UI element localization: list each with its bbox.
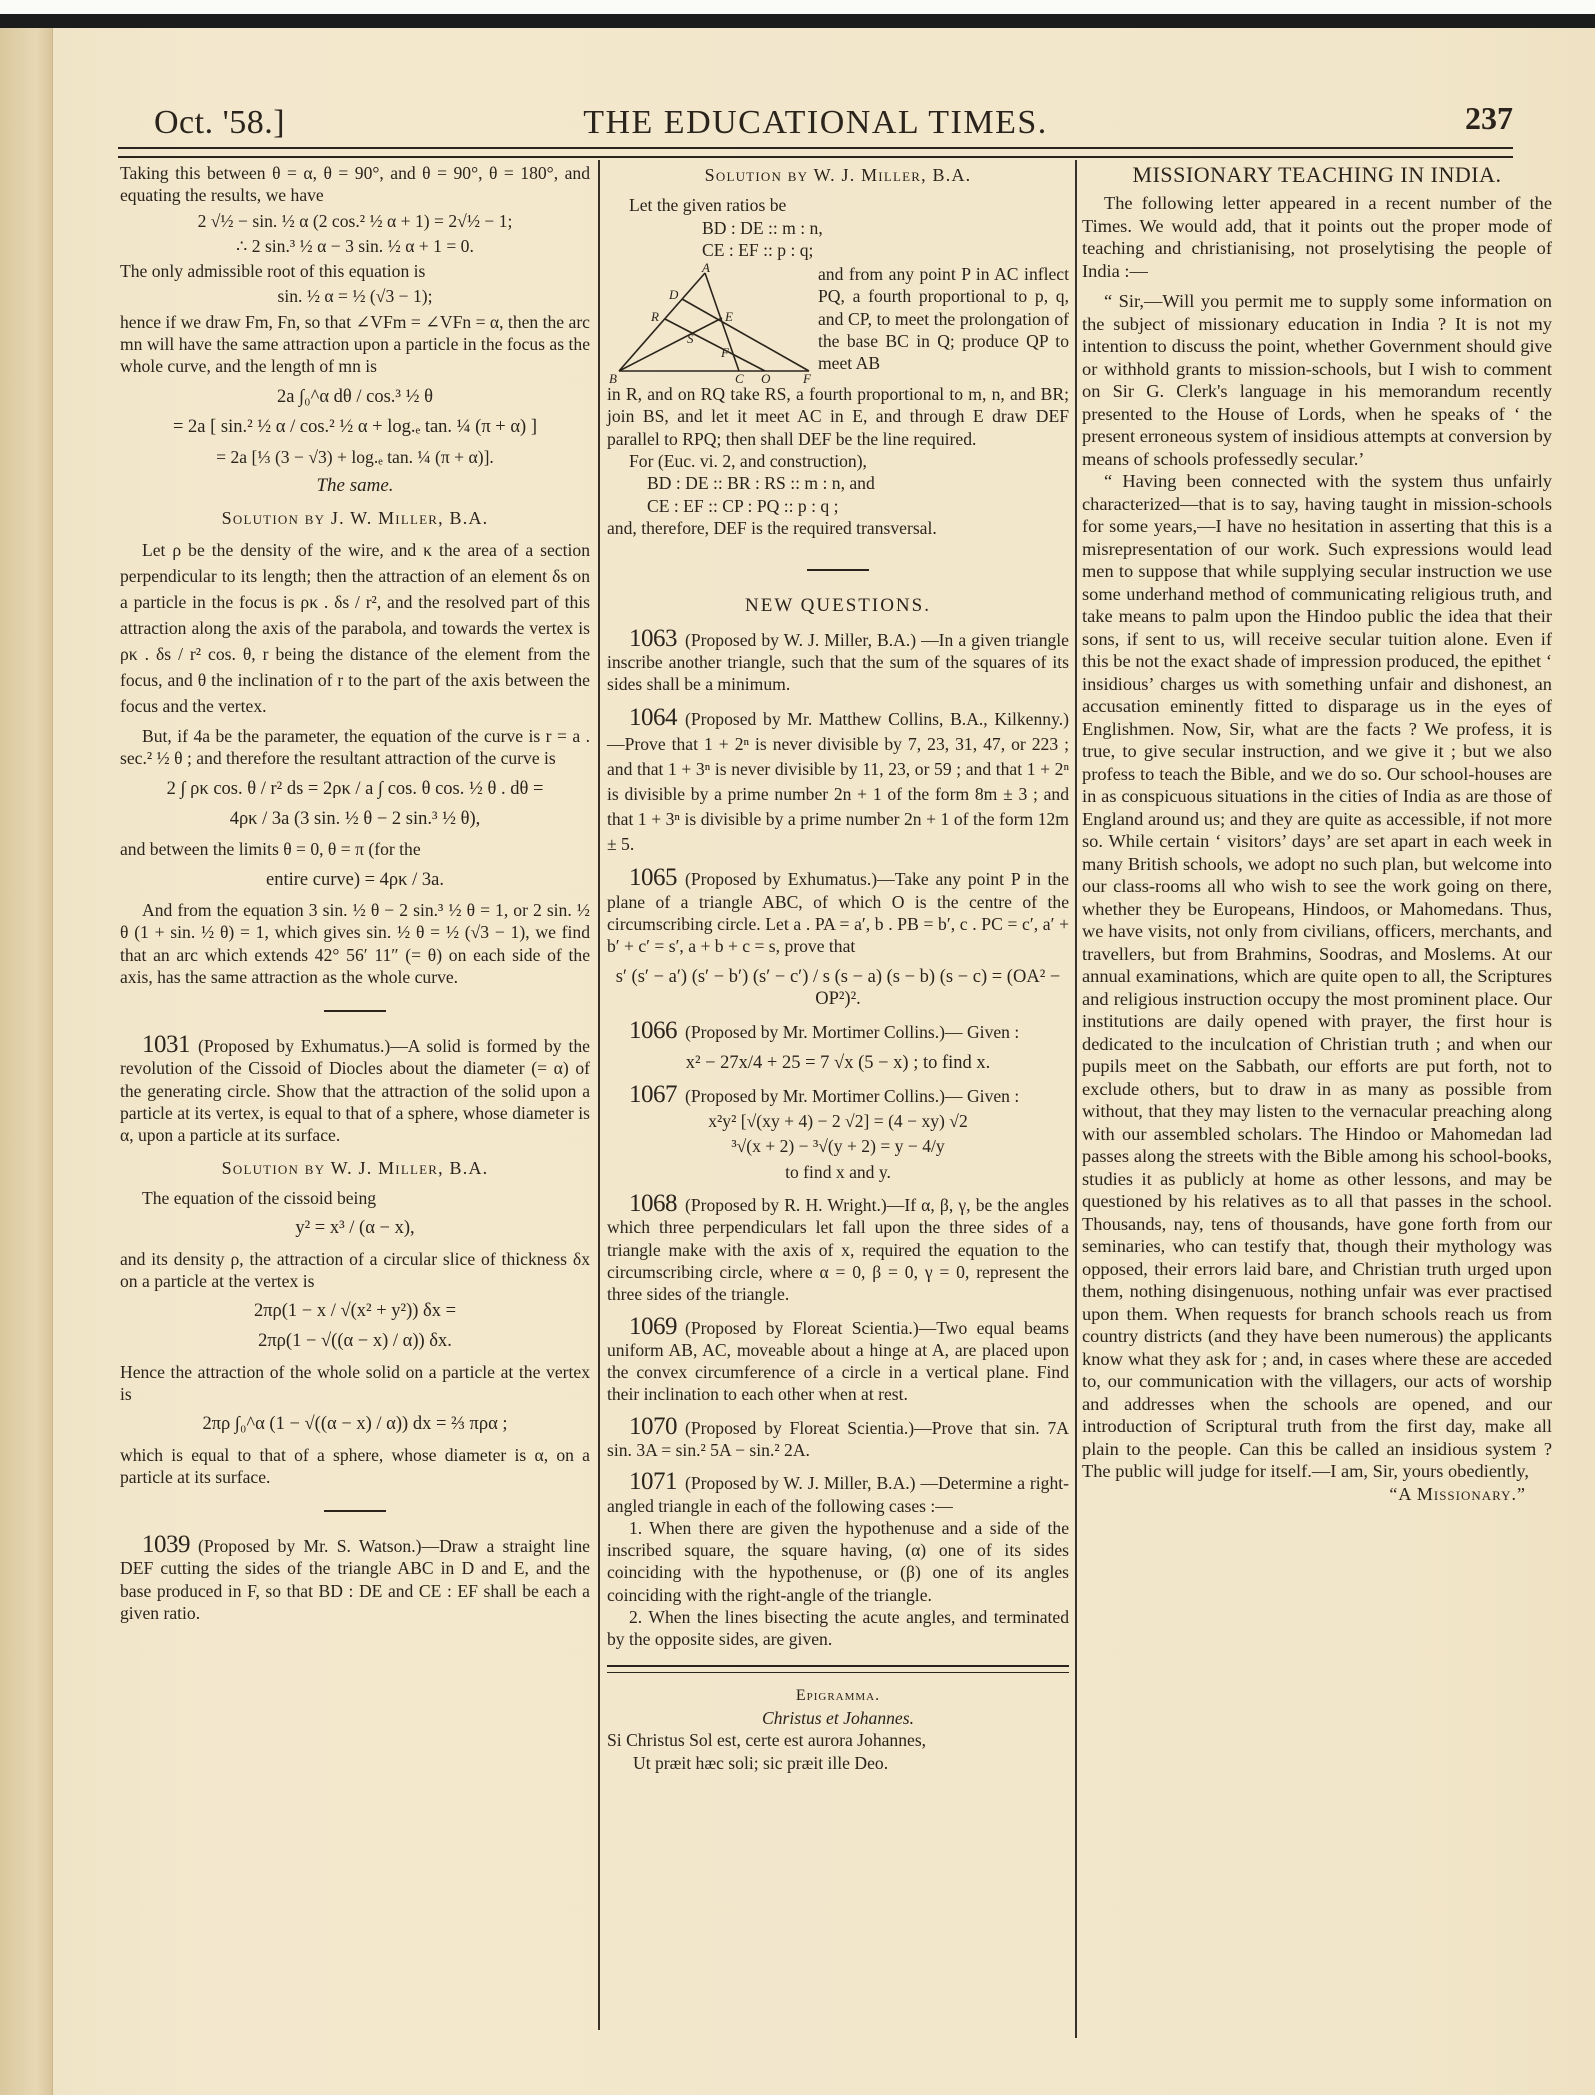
svg-text:R: R <box>650 309 659 324</box>
equation: s′ (s′ − a′) (s′ − b′) (s′ − c′) / s (s … <box>607 966 1069 1011</box>
paragraph: Let the given ratios be <box>607 194 1069 216</box>
question-1068: 1068(Proposed by R. H. Wright.)—If α, β,… <box>607 1193 1069 1305</box>
paragraph: Let ρ be the density of the wire, and κ … <box>120 537 590 719</box>
equation: x² − 27x/4 + 25 = 7 √x (5 − x) ; to find… <box>607 1052 1069 1074</box>
question-1031: 1031(Proposed by Exhumatus.)—A solid is … <box>120 1034 590 1146</box>
case-item: 1. When there are given the hypothenuse … <box>607 1517 1069 1606</box>
paragraph: hence if we draw Fm, Fn, so that ∠VFm = … <box>120 311 590 378</box>
left-column: Taking this between θ = α, θ = 90°, and … <box>120 162 590 1624</box>
running-head: Oct. '58.] THE EDUCATIONAL TIMES. 237 <box>118 98 1513 148</box>
column-divider <box>598 160 600 2030</box>
svg-text:B: B <box>609 371 617 383</box>
epigram-divider <box>607 1665 1069 1673</box>
section-divider <box>807 569 869 571</box>
equation: 2 √½ − sin. ½ α (2 cos.² ½ α + 1) = 2√½ … <box>120 210 590 232</box>
letter-paragraph: “ Sir,—Will you permit me to supply some… <box>1082 290 1552 470</box>
equation: y² = x³ / (α − x), <box>120 1217 590 1239</box>
solution-heading: Solution by W. J. Miller, B.A. <box>120 1157 590 1179</box>
paragraph: and from any point P in AC inflect PQ, a… <box>818 263 1069 374</box>
question-1071: 1071(Proposed by W. J. Miller, B.A.) —De… <box>607 1471 1069 1517</box>
new-questions-heading: NEW QUESTIONS. <box>607 595 1069 617</box>
triangle-diagram: A D R E S F B C Q F <box>607 263 812 383</box>
question-number: 1031 <box>142 1031 190 1058</box>
svg-text:A: A <box>701 263 710 275</box>
epigram-line: Ut præit hæc soli; sic præit ille Deo. <box>607 1752 1069 1774</box>
middle-column: Solution by W. J. Miller, B.A. Let the g… <box>607 162 1069 1774</box>
letter-signature: “A Missionary.” <box>1082 1483 1552 1505</box>
svg-text:Q: Q <box>761 371 771 383</box>
paragraph: and between the limits θ = 0, θ = π (for… <box>120 838 590 860</box>
svg-text:D: D <box>668 287 679 302</box>
scan-top-margin <box>0 0 1595 14</box>
solution-heading: Solution by J. W. Miller, B.A. <box>120 507 590 529</box>
page-gutter <box>0 28 53 2095</box>
question-text: (Proposed by Exhumatus.)—A solid is form… <box>120 1036 590 1145</box>
epigram-title: Epigramma. <box>607 1685 1069 1707</box>
paragraph: The equation of the cissoid being <box>120 1187 590 1209</box>
svg-text:F: F <box>802 371 812 383</box>
svg-text:C: C <box>735 371 744 383</box>
question-1065: 1065(Proposed by Exhumatus.)—Take any po… <box>607 867 1069 957</box>
svg-text:S: S <box>687 331 694 346</box>
paragraph: And from the equation 3 sin. ½ θ − 2 sin… <box>120 899 590 988</box>
page-number: 237 <box>1465 100 1513 137</box>
question-1067: 1067(Proposed by Mr. Mortimer Collins.)—… <box>607 1084 1069 1107</box>
section-divider <box>324 1010 386 1012</box>
equation: 2 ∫ ρκ cos. θ / r² ds = 2ρκ / a ∫ cos. θ… <box>120 778 590 800</box>
paragraph: For (Euc. vi. 2, and construction), <box>607 450 1069 472</box>
paragraph: in R, and on RQ take RS, a fourth propor… <box>607 383 1069 450</box>
question-number: 1068 <box>629 1190 677 1217</box>
paragraph: Taking this between θ = α, θ = 90°, and … <box>120 162 590 207</box>
case-item: 2. When the lines bisecting the acute an… <box>607 1606 1069 1651</box>
header-double-rule <box>118 147 1513 158</box>
ratio: BD : DE :: m : n, <box>607 217 1069 239</box>
equation: sin. ½ α = ½ (√3 − 1); <box>120 285 590 307</box>
paragraph: and, therefore, DEF is the required tran… <box>607 517 1069 539</box>
question-number: 1067 <box>629 1081 677 1108</box>
article-title: MISSIONARY TEACHING IN INDIA. <box>1082 162 1552 188</box>
question-number: 1039 <box>142 1531 190 1558</box>
equation: 4ρκ / 3a (3 sin. ½ θ − 2 sin.³ ½ θ), <box>120 808 590 830</box>
question-number: 1069 <box>629 1313 677 1340</box>
question-number: 1070 <box>629 1413 677 1440</box>
letter-paragraph: “ Having been connected with the system … <box>1082 470 1552 1483</box>
equation: 2πρ(1 − x / √(x² + y²)) δx = <box>120 1300 590 1322</box>
right-column: MISSIONARY TEACHING IN INDIA. The follow… <box>1082 162 1552 1505</box>
question-1039: 1039(Proposed by Mr. S. Watson.)—Draw a … <box>120 1534 590 1624</box>
equation: ∴ 2 sin.³ ½ α − 3 sin. ½ α + 1 = 0. <box>120 235 590 257</box>
section-divider <box>324 1510 386 1512</box>
equation: 2πρ ∫₀^α (1 − √((α − x) / α)) dx = ⅔ πρα… <box>120 1413 590 1435</box>
paragraph: But, if 4a be the parameter, the equatio… <box>120 725 590 770</box>
equation: 2a ∫₀^α dθ / cos.³ ½ θ <box>120 386 590 408</box>
epigram-subtitle: Christus et Johannes. <box>607 1707 1069 1729</box>
question-1069: 1069(Proposed by Floreat Scientia.)—Two … <box>607 1316 1069 1406</box>
question-number: 1065 <box>629 864 677 891</box>
question-1063: 1063(Proposed by W. J. Miller, B.A.) —In… <box>607 628 1069 696</box>
binding-edge <box>0 14 1595 28</box>
ratio: BD : DE :: BR : RS :: m : n, and <box>607 472 1069 494</box>
question-number: 1066 <box>629 1017 677 1044</box>
solution-heading: Solution by W. J. Miller, B.A. <box>607 164 1069 186</box>
column-divider <box>1075 160 1077 2038</box>
epigram-line: Si Christus Sol est, certe est aurora Jo… <box>607 1729 1069 1751</box>
paragraph: to find x and y. <box>607 1161 1069 1183</box>
equation: x²y² [√(xy + 4) − 2 √2] = (4 − xy) √2 <box>607 1110 1069 1132</box>
paragraph: which is equal to that of a sphere, whos… <box>120 1444 590 1489</box>
svg-text:E: E <box>724 309 733 324</box>
signoff-the-same: The same. <box>120 475 590 497</box>
equation: = 2a [ sin.² ½ α / cos.² ½ α + log.ₑ tan… <box>120 416 590 438</box>
paragraph: Hence the attraction of the whole solid … <box>120 1361 590 1406</box>
question-text: (Proposed by Mr. Mortimer Collins.)— Giv… <box>685 1022 1019 1042</box>
paragraph: and its density ρ, the attraction of a c… <box>120 1248 590 1293</box>
ratio: CE : EF :: p : q; <box>607 239 1069 261</box>
question-number: 1071 <box>629 1468 677 1495</box>
question-1064: 1064(Proposed by Mr. Matthew Collins, B.… <box>607 705 1069 857</box>
geometry-figure-block: A D R E S F B C Q F and from any point P… <box>607 263 1069 383</box>
ratio: CE : EF :: CP : PQ :: p : q ; <box>607 495 1069 517</box>
question-text: (Proposed by Mr. S. Watson.)—Draw a stra… <box>120 1536 590 1623</box>
publication-title: THE EDUCATIONAL TIMES. <box>118 104 1513 142</box>
paragraph: The only admissible root of this equatio… <box>120 260 590 282</box>
question-text: (Proposed by Mr. Mortimer Collins.)— Giv… <box>685 1086 1019 1106</box>
question-number: 1063 <box>629 625 677 652</box>
question-1070: 1070(Proposed by Floreat Scientia.)—Prov… <box>607 1416 1069 1462</box>
article-intro: The following letter appeared in a recen… <box>1082 192 1552 282</box>
question-text: (Proposed by Mr. Matthew Collins, B.A., … <box>607 709 1069 854</box>
equation: ³√(x + 2) − ³√(y + 2) = y − 4/y <box>607 1135 1069 1157</box>
svg-text:F: F <box>720 345 730 360</box>
question-1066: 1066(Proposed by Mr. Mortimer Collins.)—… <box>607 1020 1069 1043</box>
question-number: 1064 <box>629 704 677 731</box>
equation: = 2a [⅓ (3 − √3) + log.ₑ tan. ¼ (π + α)]… <box>120 446 590 468</box>
equation: entire curve) = 4ρκ / 3a. <box>120 869 590 891</box>
equation: 2πρ(1 − √((α − x) / α)) δx. <box>120 1330 590 1352</box>
